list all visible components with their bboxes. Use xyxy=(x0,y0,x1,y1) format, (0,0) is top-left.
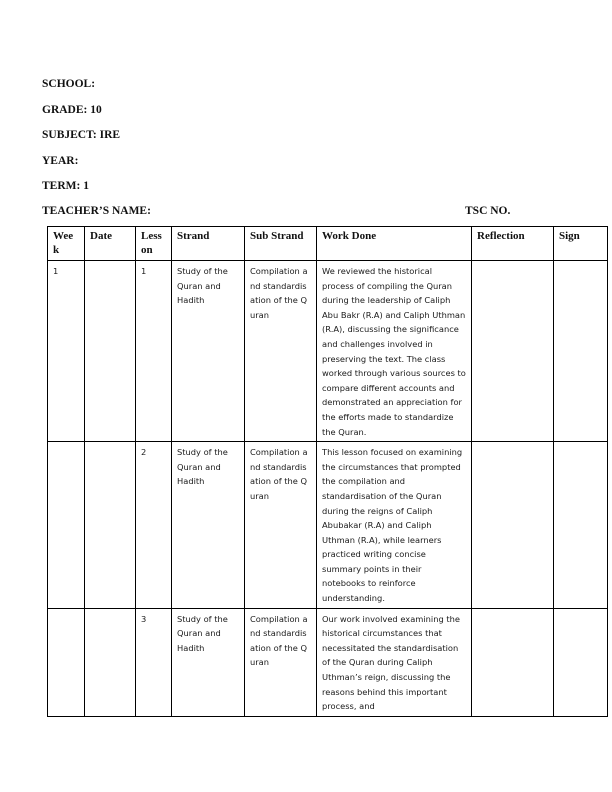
date-cell xyxy=(85,261,136,442)
column-header-week: Week xyxy=(48,227,85,261)
lesson-cell: 3 xyxy=(136,608,172,716)
work-done-cell: We reviewed the historical process of co… xyxy=(317,261,472,442)
strand-cell: Study of the Quran and Hadith xyxy=(172,261,245,442)
column-header-sub-strand: Sub Strand xyxy=(245,227,317,261)
strand-cell: Study of the Quran and Hadith xyxy=(172,442,245,609)
column-header-lesson: Lesson xyxy=(136,227,172,261)
column-header-strand: Strand xyxy=(172,227,245,261)
teacher-name-label: TEACHER’S NAME: xyxy=(42,205,151,217)
table-row: 2 Study of the Quran and Hadith Compilat… xyxy=(48,442,608,609)
grade-label: GRADE: 10 xyxy=(42,104,102,116)
week-cell xyxy=(48,442,85,609)
scheme-of-work-table: Week Date Lesson Strand Sub Strand Work … xyxy=(47,226,608,717)
subject-label: SUBJECT: IRE xyxy=(42,129,120,141)
sign-cell xyxy=(554,442,608,609)
sub-strand-cell: Compilation and standardisation of the Q… xyxy=(245,608,317,716)
date-cell xyxy=(85,608,136,716)
reflection-cell xyxy=(472,442,554,609)
term-label: TERM: 1 xyxy=(42,180,89,192)
school-label: SCHOOL: xyxy=(42,78,95,90)
tsc-number-label: TSC NO. xyxy=(465,205,510,217)
date-cell xyxy=(85,442,136,609)
sub-strand-cell: Compilation and standardisation of the Q… xyxy=(245,442,317,609)
work-done-cell: Our work involved examining the historic… xyxy=(317,608,472,716)
reflection-cell xyxy=(472,261,554,442)
table-header-row: Week Date Lesson Strand Sub Strand Work … xyxy=(48,227,608,261)
work-done-cell: This lesson focused on examining the cir… xyxy=(317,442,472,609)
sub-strand-cell: Compilation and standardisation of the Q… xyxy=(245,261,317,442)
sign-cell xyxy=(554,608,608,716)
column-header-work-done: Work Done xyxy=(317,227,472,261)
column-header-sign: Sign xyxy=(554,227,608,261)
week-cell xyxy=(48,608,85,716)
lesson-cell: 1 xyxy=(136,261,172,442)
reflection-cell xyxy=(472,608,554,716)
sign-cell xyxy=(554,261,608,442)
column-header-date: Date xyxy=(85,227,136,261)
table-row: 1 1 Study of the Quran and Hadith Compil… xyxy=(48,261,608,442)
column-header-reflection: Reflection xyxy=(472,227,554,261)
week-cell: 1 xyxy=(48,261,85,442)
strand-cell: Study of the Quran and Hadith xyxy=(172,608,245,716)
lesson-cell: 2 xyxy=(136,442,172,609)
table-row: 3 Study of the Quran and Hadith Compilat… xyxy=(48,608,608,716)
year-label: YEAR: xyxy=(42,155,78,167)
